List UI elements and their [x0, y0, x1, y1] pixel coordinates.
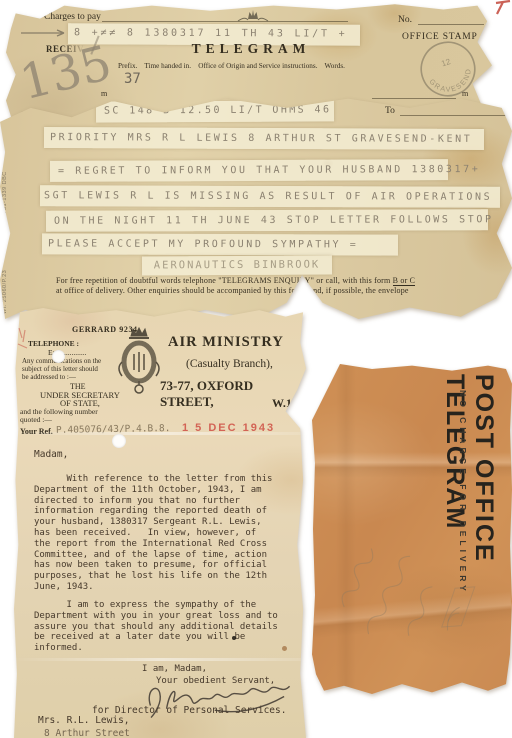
- service-strip: SC 148 B 12.50 LI/T OHMS 46: [96, 100, 334, 122]
- origin-strip: AERONAUTICS BINBROOK: [142, 256, 332, 276]
- from-label: From: [4, 104, 22, 114]
- crown-icon: [236, 7, 270, 25]
- routing-arrow-icon: [20, 27, 70, 39]
- air-ministry-letter: GERRARD 9234 TELEPHONE : Extn...........…: [14, 308, 306, 738]
- message-strip: PLEASE ACCEPT MY PROFOUND SYMPATHY =: [42, 233, 398, 255]
- ink-blot: [232, 636, 236, 640]
- form-edge-code-bottom: Wt. 25060/P.23: [2, 254, 8, 314]
- origin-strip-text: AERONAUTICS BINBROOK: [142, 256, 332, 272]
- scanned-documents-page: Charges to pay 8 +≠≠ 8 1380317 11 TH 43 …: [0, 0, 512, 738]
- charges-to-pay-label: Charges to pay: [44, 12, 101, 22]
- no-label: No.: [398, 15, 412, 25]
- telephone-label: TELEPHONE :: [28, 339, 79, 348]
- message-line-5: PLEASE ACCEPT MY PROFOUND SYMPATHY =: [42, 233, 398, 255]
- prefix-value: 37: [124, 71, 141, 87]
- letter-paper: GERRARD 9234 TELEPHONE : Extn...........…: [14, 308, 306, 738]
- message-strip: PRIORITY MRS R L LEWIS 8 ARTHUR ST GRAVE…: [44, 127, 484, 150]
- recipient-line-2: 8 Arthur Street: [44, 729, 130, 738]
- telegram-message-piece: From SC 148 B 12.50 LI/T OHMS 46 To PRIO…: [0, 94, 512, 326]
- salutation: Madam,: [34, 450, 68, 461]
- ministry-branch: (Casualty Branch),: [186, 358, 273, 370]
- message-line-1: PRIORITY MRS R L LEWIS 8 ARTHUR ST GRAVE…: [44, 127, 484, 150]
- to-line: [400, 114, 506, 116]
- telegram-title: TELEGRAM: [171, 41, 331, 57]
- footer-line2: at office of delivery. Other enquiries s…: [56, 286, 409, 295]
- postmark-number: 12: [440, 57, 452, 69]
- pencil-handwriting: [328, 494, 478, 664]
- ministry-name: AIR MINISTRY: [168, 334, 284, 351]
- letter-paragraph-1: With reference to the letter from this D…: [34, 474, 272, 593]
- letter-paragraph-2: I am to express the sympathy of the Depa…: [34, 600, 278, 654]
- telegram-column-headers: Prefix. Time handed in. Office of Origin…: [118, 62, 345, 70]
- no-line: [418, 23, 484, 25]
- recipient-line-1: Mrs. R.L. Lewis,: [38, 716, 130, 727]
- service-line: SC 148 B 12.50 LI/T OHMS 46: [96, 100, 334, 116]
- form-edge-code-top: 48713A B/C 751-1339 DBC: [2, 140, 8, 250]
- number-note: and the following number quoted :—: [20, 408, 98, 424]
- routing-line: 8 +≠≠ 8 1380317 11 TH 43 LI/T +: [68, 23, 360, 40]
- envelope-paper: POST OFFICE TELEGRAM NO CHARGE FOR DELIV…: [312, 364, 512, 694]
- telegram-message-paper: From SC 148 B 12.50 LI/T OHMS 46 To PRIO…: [0, 94, 512, 326]
- message-strip: = REGRET TO INFORM YOU THAT YOUR HUSBAND…: [50, 159, 448, 182]
- ministry-district: W.1: [272, 396, 292, 411]
- message-strip: SGT LEWIS R L IS MISSING AS RESULT OF AI…: [40, 185, 500, 208]
- to-label: To: [385, 106, 395, 116]
- valediction-1: I am, Madam,: [142, 664, 207, 675]
- fold-crease: [14, 658, 306, 661]
- punch-hole: [112, 434, 126, 448]
- message-line-3: SGT LEWIS R L IS MISSING AS RESULT OF AI…: [40, 185, 500, 208]
- telegram-envelope: POST OFFICE TELEGRAM NO CHARGE FOR DELIV…: [312, 364, 512, 694]
- message-line-4: ON THE NIGHT 11 TH JUNE 43 STOP LETTER F…: [46, 209, 488, 232]
- message-strip: ON THE NIGHT 11 TH JUNE 43 STOP LETTER F…: [46, 209, 488, 232]
- footer-line1: For free repetition of doubtful words te…: [56, 276, 393, 285]
- footer-form-ref: B or C: [393, 276, 416, 286]
- telegram-footer: For free repetition of doubtful words te…: [56, 276, 464, 295]
- punch-hole: [52, 350, 65, 363]
- charges-line: [102, 20, 348, 22]
- red-pencil-marks: [16, 326, 30, 352]
- fold-crease: [14, 432, 306, 435]
- royal-crest-icon: [114, 326, 164, 400]
- stain-spot: [282, 646, 287, 651]
- red-corner-mark: [494, 0, 512, 16]
- message-line-2: = REGRET TO INFORM YOU THAT YOUR HUSBAND…: [50, 159, 448, 182]
